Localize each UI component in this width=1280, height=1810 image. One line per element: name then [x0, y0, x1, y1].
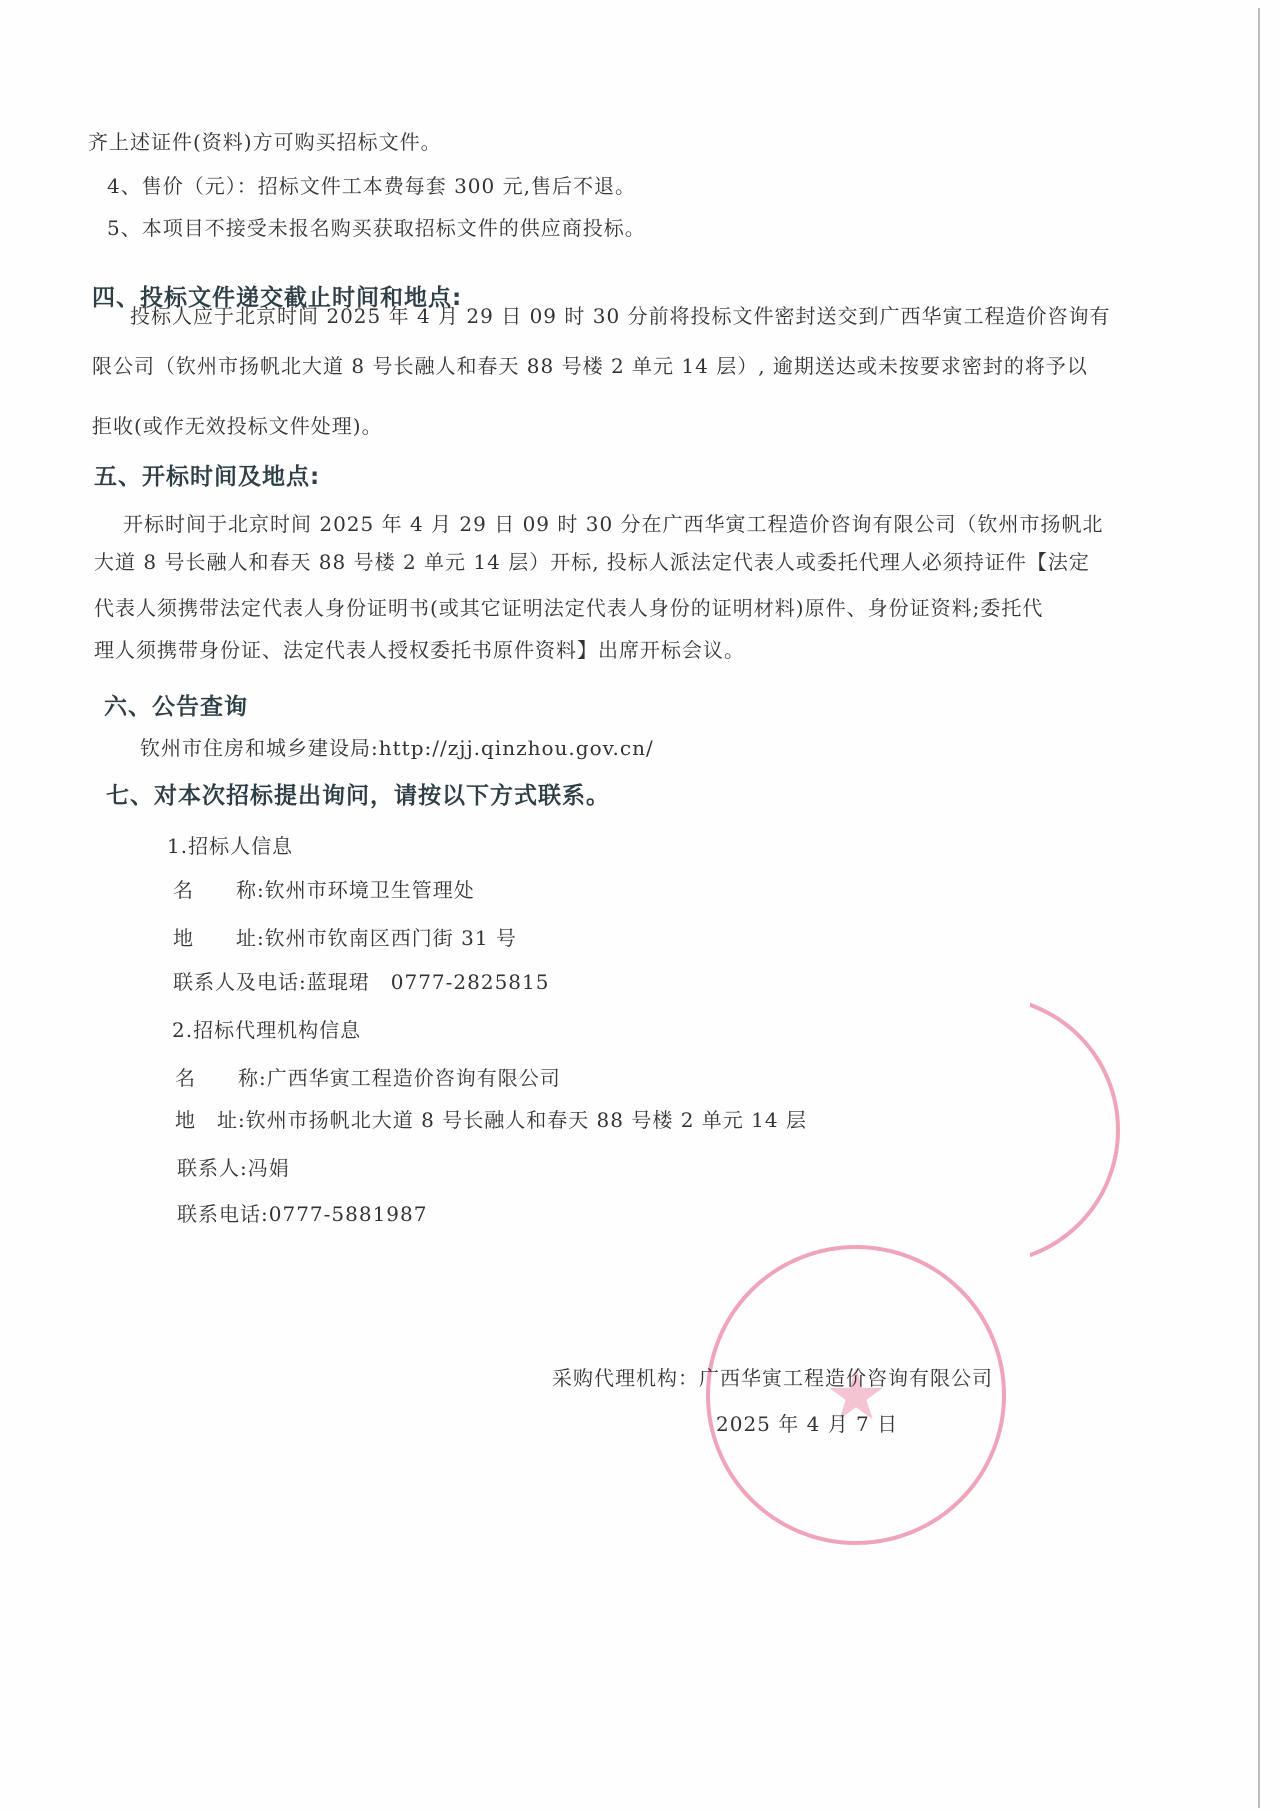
agency-info-title: 2.招标代理机构信息 [172, 1016, 361, 1044]
tenderer-name-row: 名 称:钦州市环境卫生管理处 [173, 876, 475, 904]
agency-address-value: 钦州市扬帆北大道 8 号长融人和春天 88 号楼 2 单元 14 层 [246, 1108, 807, 1132]
tenderer-name-label: 名 称: [173, 878, 265, 902]
agency-name-label: 名 称: [175, 1066, 267, 1090]
agency-address-row: 地 址:钦州市扬帆北大道 8 号长融人和春天 88 号楼 2 单元 14 层 [175, 1106, 807, 1134]
section-4-line-2: 限公司（钦州市扬帆北大道 8 号长融人和春天 88 号楼 2 单元 14 层）,… [92, 352, 1088, 380]
section-5-line-4: 理人须携带身份证、法定代表人授权委托书原件资料】出席开标会议。 [94, 636, 745, 664]
tenderer-address-row: 地 址:钦州市钦南区西门街 31 号 [173, 924, 517, 952]
section-7-heading: 七、对本次招标提出询问，请按以下方式联系。 [106, 781, 610, 811]
procurement-agency-signature: 采购代理机构：广西华寅工程造价咨询有限公司 [552, 1364, 993, 1392]
section-5-line-3: 代表人须携带法定代表人身份证明书(或其它证明法定代表人身份的证明材料)原件、身份… [94, 594, 1043, 622]
item-4-price: 4、售价（元）：招标文件工本费每套 300 元,售后不退。 [107, 172, 636, 200]
page-edge-line [1258, 8, 1260, 1808]
agency-address-label: 地 址: [175, 1108, 246, 1132]
item-5-restriction: 5、本项目不接受未报名购买获取招标文件的供应商投标。 [107, 214, 646, 242]
agency-phone-label: 联系电话: [177, 1202, 269, 1226]
section-6-heading: 六、公告查询 [104, 692, 248, 722]
tenderer-name-value: 钦州市环境卫生管理处 [265, 878, 475, 902]
agency-contact-person-value: 冯娟 [248, 1156, 290, 1180]
section-5-line-2: 大道 8 号长融人和春天 88 号楼 2 单元 14 层）开标, 投标人派法定代… [94, 548, 1090, 576]
signature-date: 2025 年 4 月 7 日 [716, 1410, 898, 1438]
tenderer-address-value: 钦州市钦南区西门街 31 号 [265, 926, 517, 950]
section-5-line-1: 开标时间于北京时间 2025 年 4 月 29 日 09 时 30 分在广西华寅… [123, 510, 1104, 538]
seal-partial-clip: ★ [1030, 995, 1210, 1265]
announcement-query-line: 钦州市住房和城乡建设局:http://zjj.qinzhou.gov.cn/ [140, 734, 654, 762]
agency-name-value: 广西华寅工程造价咨询有限公司 [267, 1066, 561, 1090]
continuation-text: 齐上述证件(资料)方可购买招标文件。 [88, 128, 442, 156]
tenderer-address-label: 地 址: [173, 926, 265, 950]
agency-phone-value: 0777-5881987 [269, 1202, 428, 1226]
tenderer-contact-label: 联系人及电话: [173, 970, 307, 994]
agency-contact-person-row: 联系人:冯娟 [177, 1154, 290, 1182]
section-5-heading: 五、开标时间及地点: [94, 462, 320, 492]
company-seal-partial: ★ [1030, 995, 1120, 1265]
tenderer-contact-row: 联系人及电话:蓝琨珺 0777-2825815 [173, 968, 549, 996]
tenderer-contact-value: 蓝琨珺 0777-2825815 [307, 970, 550, 994]
section-4-line-1: 投标人应于北京时间 2025 年 4 月 29 日 09 时 30 分前将投标文… [130, 302, 1111, 330]
company-seal: ★ [706, 1245, 1006, 1545]
agency-name-row: 名 称:广西华寅工程造价咨询有限公司 [175, 1064, 561, 1092]
document-page: 齐上述证件(资料)方可购买招标文件。 4、售价（元）：招标文件工本费每套 300… [0, 0, 1280, 1810]
agency-contact-person-label: 联系人: [177, 1156, 248, 1180]
section-4-line-3: 拒收(或作无效投标文件处理)。 [92, 412, 383, 440]
agency-phone-row: 联系电话:0777-5881987 [177, 1200, 427, 1228]
tenderer-info-title: 1.招标人信息 [167, 832, 293, 860]
